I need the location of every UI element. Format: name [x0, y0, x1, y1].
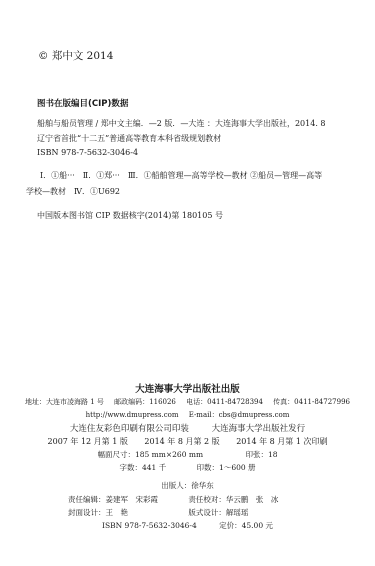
publisher-person: 出版人：徐华东 [0, 480, 375, 491]
isbn-price-line: ISBN 978-7-5632-3046-4 定价：45.00 元 [0, 520, 375, 531]
cip-line-title: 船舶与船员管理 / 郑中文主编．—2 版．—大连 ：大连海事大学出版社，2014… [37, 118, 326, 129]
fax: 传真：0411-84727996 [273, 398, 350, 406]
layout-design: 版式设计：解瑶瑶 [188, 507, 248, 518]
cip-line-isbn: ISBN 978-7-5632-3046-4 [37, 148, 138, 157]
format-line: 幅面尺寸：185 mm×260 mm 印张：18 [0, 449, 375, 460]
cip-line-series: 辽宁省首批“十二五”普通高等教育本科省级规划教材 [37, 133, 221, 144]
print-run: 印数：1～600 册 [197, 463, 256, 472]
proofreader: 责任校对：华云鹏 张 冰 [188, 494, 278, 505]
publisher-heading: 大连海事大学出版社出版 [0, 381, 375, 395]
first-edition: 2007 年 12 月第 1 版 [48, 437, 128, 446]
cover-design: 封面设计：王 艳 [68, 507, 186, 518]
word-count-line: 字数：441 千 印数：1～600 册 [0, 462, 375, 473]
second-edition: 2014 年 8 月第 2 版 [144, 437, 219, 446]
postcode: 邮政编码：116026 [114, 398, 176, 406]
cip-number: 中国版本图书馆 CIP 数据核字(2014)第 180105 号 [37, 210, 223, 221]
copyright-text: 郑中文 2014 [52, 50, 114, 62]
price: 定价：45.00 元 [219, 521, 273, 530]
address: 地址：大连市凌海路 1 号 [25, 398, 104, 406]
phone: 电话：0411-84728394 [186, 398, 263, 406]
cip-classification-line-1: Ⅰ．①船··· Ⅱ．①郑··· Ⅲ．①船舶管理—高等学校—教材 ②船员—管理—高… [40, 170, 322, 181]
responsible-editor: 责任编辑：姜建军 宋彩霞 [68, 494, 186, 505]
editors-line: 责任编辑：姜建军 宋彩霞 责任校对：华云鹏 张 冰 [68, 494, 278, 505]
design-line: 封面设计：王 艳 版式设计：解瑶瑶 [68, 507, 248, 518]
format-size: 幅面尺寸：185 mm×260 mm [97, 450, 203, 459]
isbn: ISBN 978-7-5632-3046-4 [102, 521, 197, 530]
distributor: 大连海事大学出版社发行 [212, 424, 306, 434]
publisher-web-line: http://www.dmupress.com E-mail：cbs@dmupr… [0, 410, 375, 420]
printer: 大连住友彩色印刷有限公司印装 [70, 424, 189, 434]
cip-title: 图书在版编目(CIP)数据 [37, 97, 128, 109]
cip-classification-line-2: 学校—教材 Ⅳ．①U692 [26, 186, 120, 197]
sheets: 印张：18 [245, 450, 277, 459]
printing: 2014 年 8 月第 1 次印刷 [236, 437, 327, 446]
printer-line: 大连住友彩色印刷有限公司印装 大连海事大学出版社发行 [0, 422, 375, 434]
copyright-symbol: © [38, 50, 49, 62]
website-link[interactable]: http://www.dmupress.com [86, 411, 179, 419]
editions-line: 2007 年 12 月第 1 版 2014 年 8 月第 2 版 2014 年 … [0, 436, 375, 447]
copyright-notice: © 郑中文 2014 [38, 48, 113, 63]
publisher-address-line: 地址：大连市凌海路 1 号 邮政编码：116026 电话：0411-847283… [0, 397, 375, 407]
word-count: 字数：441 千 [119, 463, 166, 472]
email-link[interactable]: E-mail：cbs@dmupress.com [189, 411, 290, 419]
